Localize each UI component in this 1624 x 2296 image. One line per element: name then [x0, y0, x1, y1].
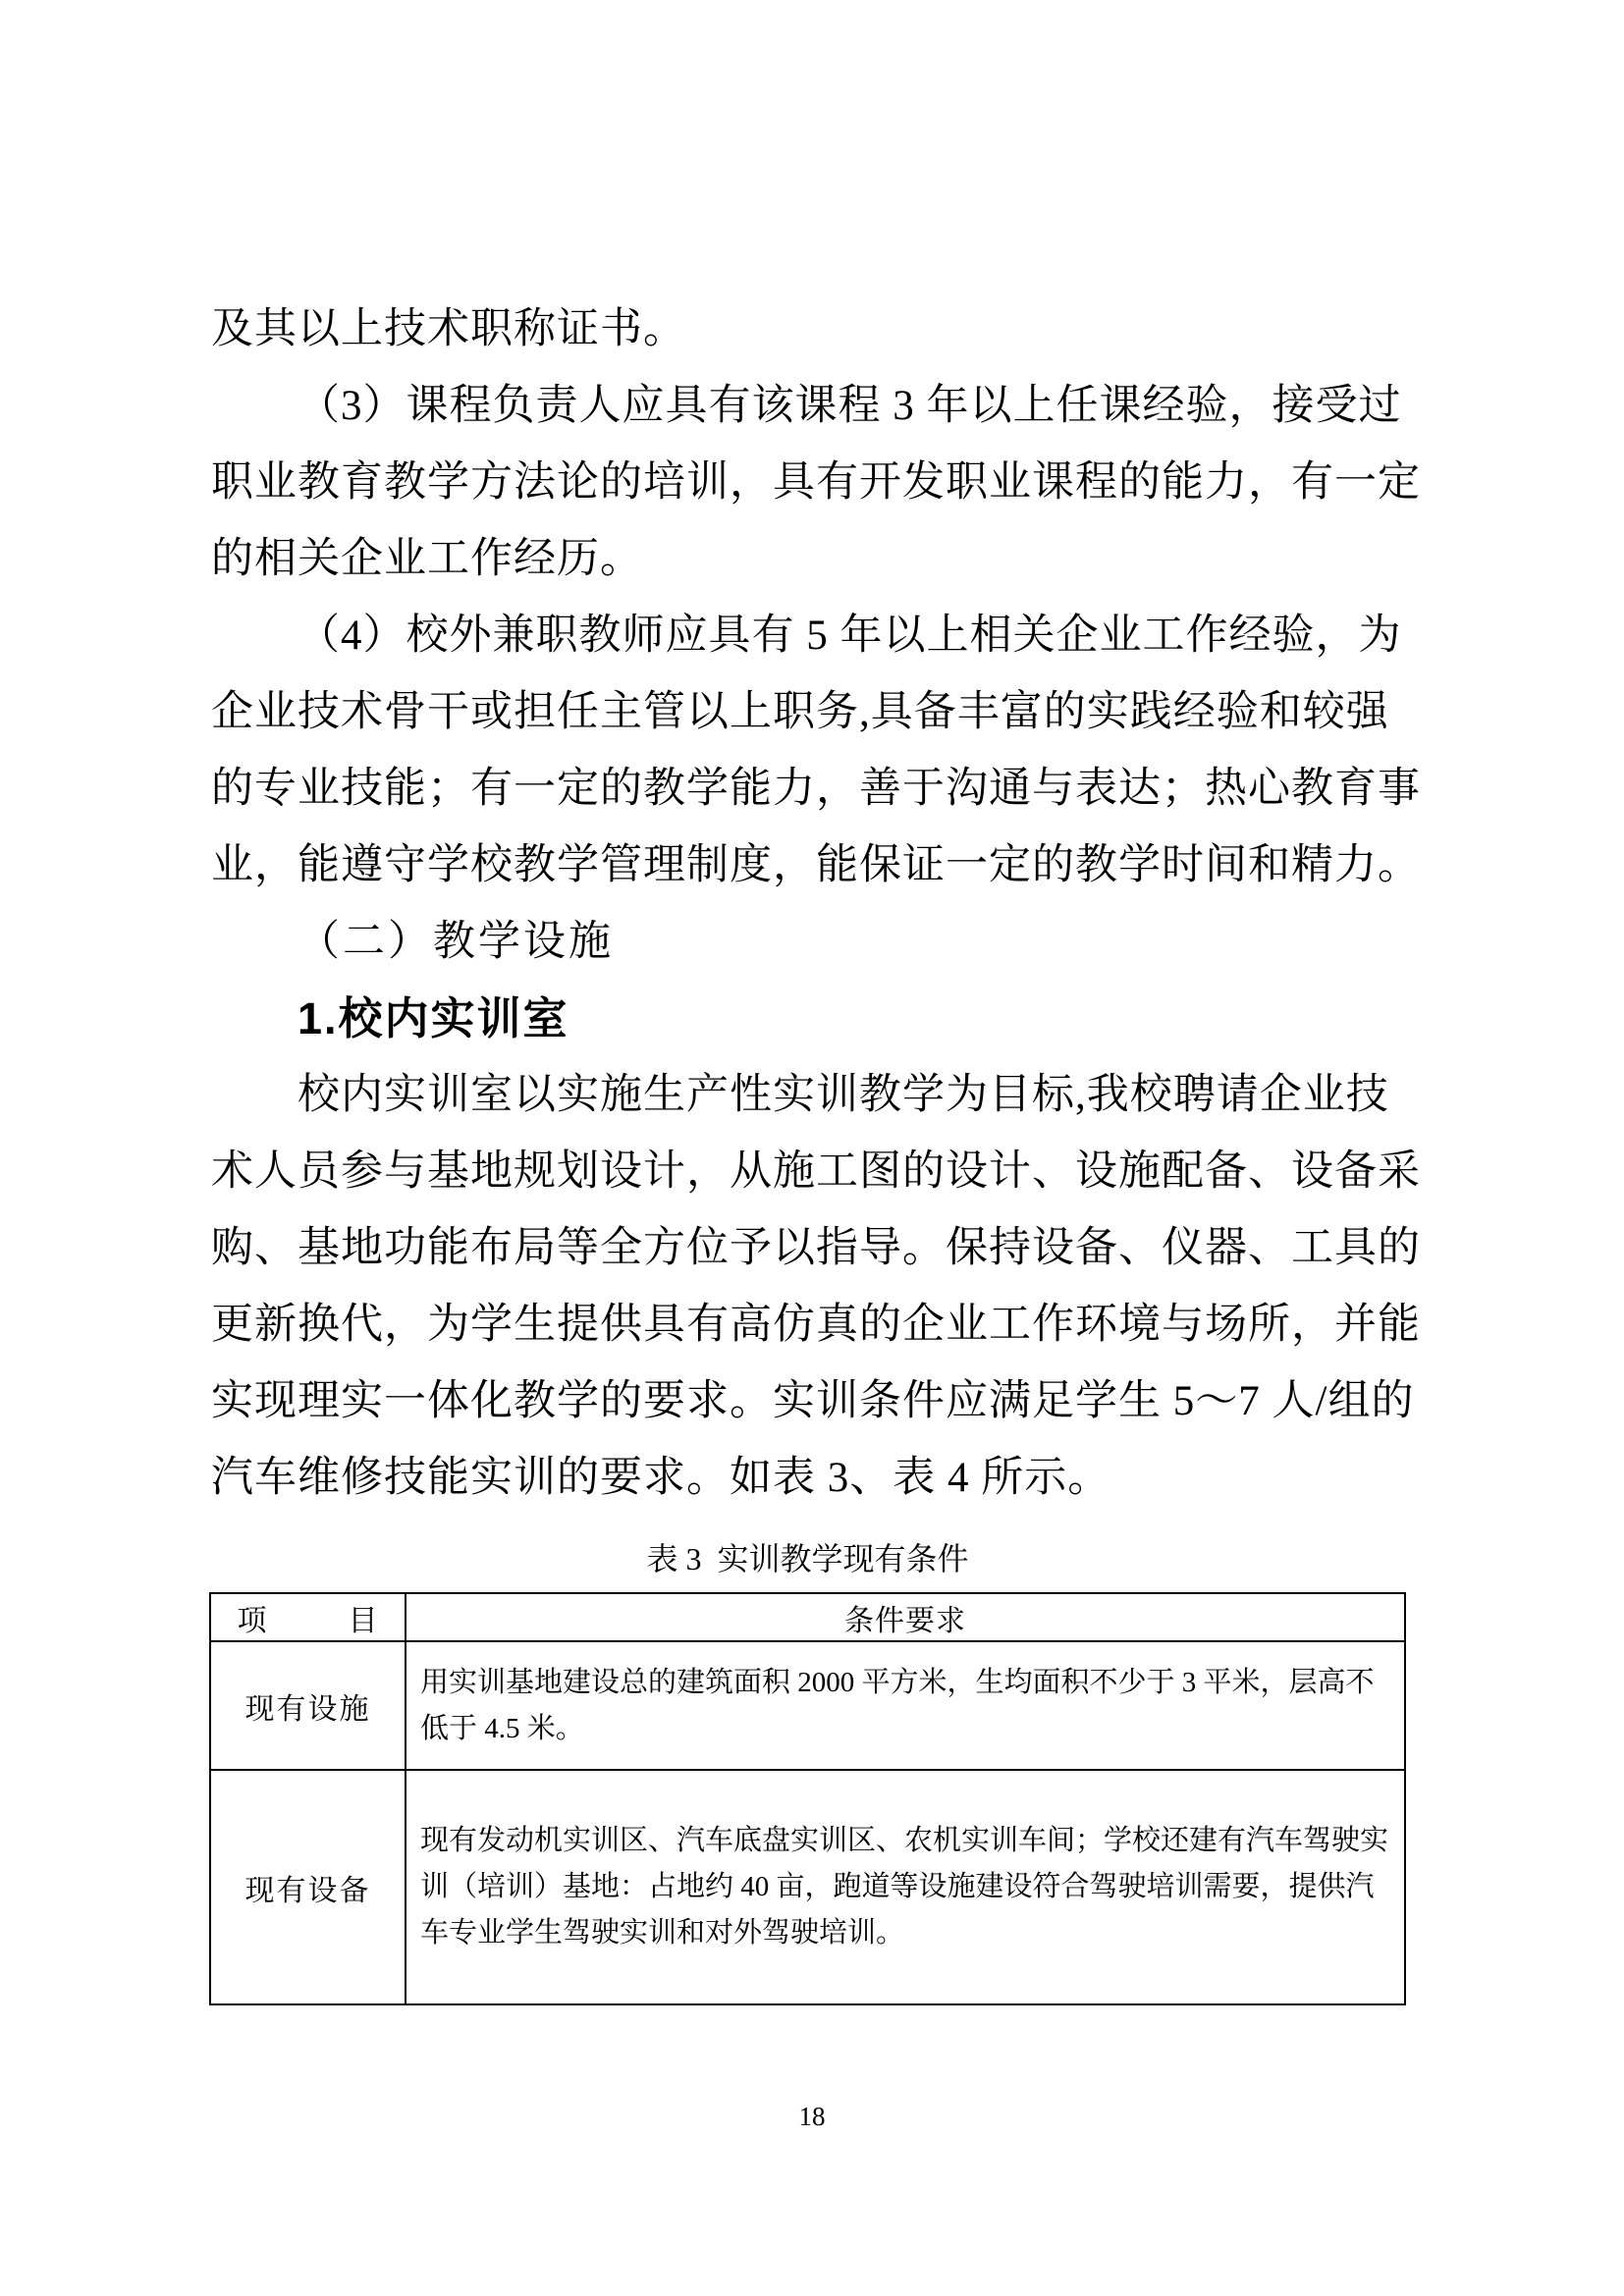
- body-text-block: 及其以上技术职称证书。 （3）课程负责人应具有该课程 3 年以上任课经验，接受过…: [211, 292, 1419, 1517]
- table3-row1-item-cell: 现有设施: [210, 1641, 406, 1770]
- table3-header-requirement: 条件要求: [406, 1593, 1405, 1641]
- subsection-heading-campus-training-room: 1.校内实训室: [211, 981, 1419, 1057]
- table-row: 现有设施 用实训基地建设总的建筑面积 2000 平方米，生均面积不少于 3 平米…: [210, 1641, 1405, 1770]
- paragraph-training-room-description: 校内实训室以实施生产性实训教学为目标,我校聘请企业技 术人员参与基地规划设计，从…: [211, 1057, 1419, 1517]
- paragraph-item-3: （3）课程负责人应具有该课程 3 年以上任课经验，接受过 职业教育教学方法论的培…: [211, 368, 1419, 598]
- paragraph-continuation: 及其以上技术职称证书。: [211, 292, 1419, 368]
- section-heading-teaching-facilities: （二）教学设施: [211, 904, 1419, 981]
- table3-training-conditions: 项 目 条件要求 现有设施 用实训基地建设总的建筑面积 2000 平方米，生均面…: [209, 1592, 1406, 2005]
- table3-row2-item-cell: 现有设备: [210, 1770, 406, 2004]
- paragraph-item-4: （4）校外兼职教师应具有 5 年以上相关企业工作经验，为 企业技术骨干或担任主管…: [211, 598, 1419, 904]
- table3-row2-requirement-cell: 现有发动机实训区、汽车底盘实训区、农机实训车间；学校还建有汽车驾驶实 训（培训）…: [406, 1770, 1405, 2004]
- table3-caption: 表 3 实训教学现有条件: [209, 1539, 1406, 1578]
- table3-header-row: 项 目 条件要求: [210, 1593, 1405, 1641]
- table3-row1-requirement-cell: 用实训基地建设总的建筑面积 2000 平方米，生均面积不少于 3 平米，层高不 …: [406, 1641, 1405, 1770]
- page-number: 18: [0, 2101, 1624, 2132]
- table3-header-item: 项 目: [210, 1593, 406, 1641]
- table-row: 现有设备 现有发动机实训区、汽车底盘实训区、农机实训车间；学校还建有汽车驾驶实 …: [210, 1770, 1405, 2004]
- table3-section: 表 3 实训教学现有条件 项 目 条件要求 现有设施 用实训基地建设总的建筑面积…: [209, 1539, 1406, 2005]
- document-page: 及其以上技术职称证书。 （3）课程负责人应具有该课程 3 年以上任课经验，接受过…: [0, 0, 1624, 2296]
